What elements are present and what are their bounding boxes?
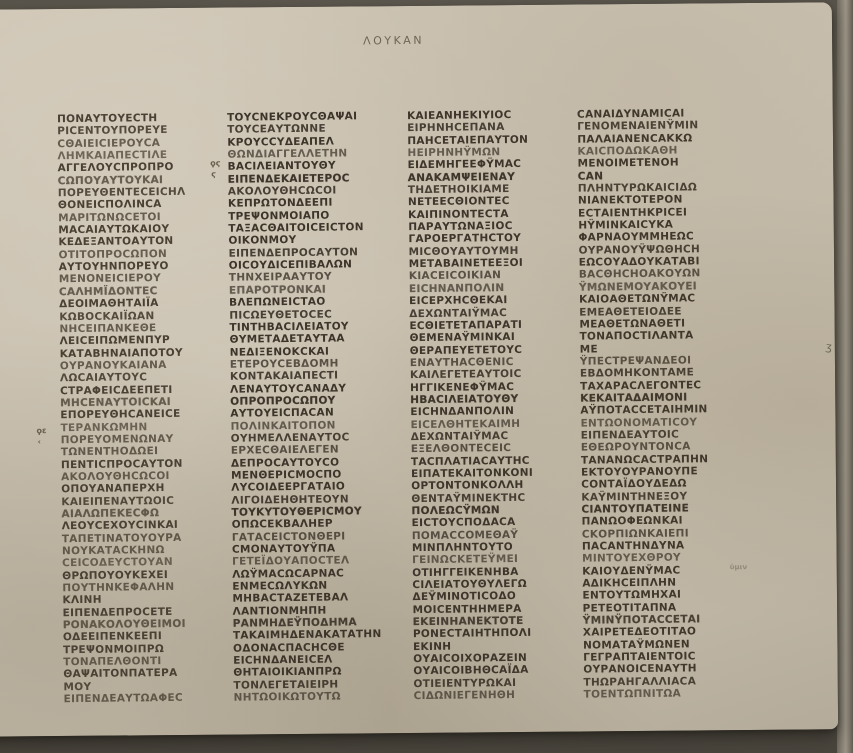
manuscript-text-line: ΜΙϹΘΟΥΑΥΤΟΥΜΗ xyxy=(409,244,559,258)
manuscript-text-line: ΡΟΝΑΚΟΛΟΥΘΕΙΜΟΙ xyxy=(63,618,213,632)
manuscript-text-line: ΓΑΤΑϹΕΙϹΤΟΝΘΕΡΙ xyxy=(232,530,382,544)
manuscript-text-line: ΓΕΙΝΩϹΚΕΤΕΫΜΕΙ xyxy=(412,553,562,567)
manuscript-text-line: ϹΕΙϹΟΔΕΥϹΤΟΥΑΝ xyxy=(62,556,212,570)
manuscript-text-line: ΕΙΠΕΝΔΕΠΡΟϹΑΥΤΟΝ xyxy=(229,246,379,260)
manuscript-text-line: ΑΚΟΛΟΥΘΗϹΩϹΟΙ xyxy=(228,184,378,198)
text-column-1: ΠΟΝΑΥΤΟΥΕϹΤΗΡΙϹΕΝΤΟΥΠΟΡΕΥΕϹΘΑΙΕΙϹΙΕΡΟΥϹΑ… xyxy=(57,112,214,706)
text-column-2: ΤΟΥϹΝΕΚΡΟΥϹΘΑΨΑΙΤΟΥϹΕΑΥΤΩΝΝΕΚΡΟΥϹϹΥΔΕΑΠΕ… xyxy=(227,110,384,704)
eusebian-section-number-left: ϙε xyxy=(36,426,46,435)
manuscript-text-line: ΟΥΡΑΝΟΥΫΨΩΘΗϹΗ xyxy=(578,243,728,257)
manuscript-text-line: ΕΘΕΩΡΟΥΝΤΟΝϹΑ xyxy=(581,440,731,454)
eusebian-canon-arrow: ‹ xyxy=(38,437,41,446)
manuscript-text-line: ΤΟΕΝΤΩΠΝΙΤΩΑ xyxy=(584,687,734,701)
manuscript-text-line: ΚΑΫΜΙΝΤΗΝΕΞΟΥ xyxy=(581,490,731,504)
manuscript-text-line: ΚΑΙϹΠΟΔΩΚΑΘΗ xyxy=(577,144,727,158)
manuscript-text-line: ΑΚΟΛΟΥΘΗϹΩϹΟΙ xyxy=(61,469,211,483)
manuscript-text-line: ΤΟΥϹΕΑΥΤΩΝΝΕ xyxy=(227,122,377,136)
manuscript-text-line: ΘΩΝΔΙΑΓΓΕΛΛΕΤΗΝ xyxy=(227,147,377,161)
manuscript-text-line: ΚΑΙΛΕΓΕΤΕΑΥΤΟΙϹ xyxy=(410,368,560,382)
manuscript-text-line: ΤΩΝΕΝΤΗΟΔΩΕΙ xyxy=(61,445,211,459)
manuscript-text-line: ΡΑΝΜΗΔΕΫΠΟΔΗΜΑ xyxy=(233,616,383,630)
manuscript-text-line: ΚΟΝΤΑΚΑΙΑΠΕϹΤΙ xyxy=(230,369,380,383)
manuscript-text-line: ΫΜΩΝΕΜΟΥΑΚΟΥΕΙ xyxy=(579,280,729,294)
text-column-4: ϹΑΝΑΙΔΥΝΑΜΙϹΑΙΓΕΝΟΜΕΝΑΙΕΝΫΜΙΝΠΑΛΑΙΑΝΕΝϹΑ… xyxy=(577,107,734,701)
manuscript-text-line: ΤΟΝΑΠΕΛΘΟΝΤΙ xyxy=(63,655,213,669)
manuscript-text-line: ΤΑΞΑϹΘΑΙΤΟΙϹΕΙϹΤΟΝ xyxy=(228,221,378,235)
manuscript-text-line: ΕΞΕΛΘΟΝΤΕϹΕΙϹ xyxy=(411,442,561,456)
text-column-3: ΚΑΙΕΑΝΗΕΚΙΥΙΟϹΕΙΡΗΝΗϹΕΠΑΝΑΠΑΗϹΕΤΑΙΕΠΑΥΤΟ… xyxy=(407,108,564,702)
manuscript-text-line: ΟΤΙΤΟΠΡΟϹΩΠΟΝ xyxy=(59,247,209,261)
manuscript-text-line: ΕΡΧΕϹΘΑΙΕΛΕΓΕΝ xyxy=(231,443,381,457)
manuscript-text-line: ϹΚΟΡΠΙΩΝΚΑΙΕΠΙ xyxy=(582,527,732,541)
manuscript-text-line: ΝΗΤΩΟΙΚΩΤΟΥΤΩ xyxy=(234,690,384,704)
manuscript-text-line: ΛΩϹΑΙΑΥΤΟΥϹ xyxy=(60,371,210,385)
manuscript-text-line: ΓΕΝΟΜΕΝΑΙΕΝΫΜΙΝ xyxy=(577,119,727,133)
manuscript-text-line: ϹΙΔΩΝΙΕΓΕΝΗΘΗ xyxy=(414,689,564,703)
manuscript-text-line: ΝΗϹΕΙΠΑΝΚΕΘΕ xyxy=(59,321,209,335)
manuscript-text-line: ΜΑΡΙΤΩΝΩϹΕΤΟΙ xyxy=(58,210,208,224)
manuscript-text-line: ΕΙΡΗΝΗϹΕΠΑΝΑ xyxy=(407,121,557,135)
manuscript-text-line: ΕΠΑΡΟΤΡΟΝΚΑΙ xyxy=(229,283,379,297)
corrector-note: ϋμιν xyxy=(730,563,747,571)
parchment-page: ΛΟΥΚΑΝ ΠΟΝΑΥΤΟΥΕϹΤΗΡΙϹΕΝΤΟΥΠΟΡΕΥΕϹΘΑΙΕΙϹ… xyxy=(0,2,838,736)
manuscript-photo: ΛΟΥΚΑΝ ΠΟΝΑΥΤΟΥΕϹΤΗΡΙϹΕΝΤΟΥΠΟΡΕΥΕϹΘΑΙΕΙϹ… xyxy=(0,0,853,753)
manuscript-text-line: ΕΒΔΟΜΗΚΟΝΤΑΜΕ xyxy=(580,366,730,380)
manuscript-text-line: ΑΙΑΛΩΠΕΚΕϹΦΩ xyxy=(61,507,211,521)
manuscript-text-line: ΕΚΕΙΝΗΑΝΕΚΤΟΤΕ xyxy=(413,615,563,629)
manuscript-text-line: ΠΟΥΤΗΝΚΕΦΑΛΗΝ xyxy=(62,581,212,595)
manuscript-text-line: ΫΜΙΝΫΠΟΤΑϹϹΕΤΑΙ xyxy=(583,613,733,627)
manuscript-text-line: ΕΜΕΑΘΕΤΕΙΟΔΕΕ xyxy=(579,304,729,318)
manuscript-text-line: ΤΑΚΑΙΜΗΔΕΝΑΚΑΤΑΤΗΝ xyxy=(233,628,383,642)
manuscript-text-line: ΘΕΝΤΑΫΜΙΝΕΚΤΗϹ xyxy=(411,491,561,505)
manuscript-text-line: ΕΙΠΕΝΔΕΑΥΤΩΑΦΕϹ xyxy=(64,692,214,706)
manuscript-text-line: ΗΕΙΡΗΝΗΫΜΩΝ xyxy=(407,146,557,160)
manuscript-text-line: ΤΟΥΚΥΤΟΥΘΕΡΙϹΜΟΥ xyxy=(231,505,381,519)
stacked-page-edge xyxy=(837,0,853,753)
running-title: ΛΟΥΚΑΝ xyxy=(363,34,424,48)
manuscript-text-line: ΤΗΔΕΤΗΟΙΚΙΑΜΕ xyxy=(408,183,558,197)
manuscript-text-line: ΠΟΡΕΥΘΕΝΤΕϹΕΙϹΗΛ xyxy=(58,186,208,200)
eusebian-canon-number: ϛ xyxy=(211,170,216,179)
eusebian-section-number: ϙϛ xyxy=(210,159,220,168)
fore-edge-quire-mark: ʒ xyxy=(825,340,833,354)
manuscript-text-line: ΕΙϹΗΝΑΝΠΟΛΙΝ xyxy=(409,281,559,295)
manuscript-text-line: ΔΕΧΩΝΤΑΙΫΜΑϹ xyxy=(409,306,559,320)
manuscript-text-line: ΛΗΜΚΑΙΑΠΕϹΤΙΛΕ xyxy=(57,149,207,163)
manuscript-text-line: ΓΕΤΕΪΔΟΥΑΠΟϹΤΕΛ xyxy=(232,554,382,568)
manuscript-text-line: ΠΛΗΝΤΥΡΩΚΑΙϹΙΔΩ xyxy=(578,181,728,195)
manuscript-text-line: ϹΑΛΗΜΪΔΟΝΤΕϹ xyxy=(59,284,209,298)
manuscript-text-line: ΛΙΓΟΙΔΕΗΘΗΤΕΟΥΝ xyxy=(231,493,381,507)
manuscript-text-line: ΠΟΜΑϹϹΟΜΕΘΑΫ xyxy=(412,528,562,542)
manuscript-text-line: ΜΗϹΕΝΑΥΤΟΙϹΚΑΙ xyxy=(60,395,210,409)
manuscript-text-line: ΜΙΝΤΟΥΕΧΘΡΟΥ xyxy=(582,551,732,565)
manuscript-text-line: ΠΙϹΩΕΥΘΕΤΟϹΕϹ xyxy=(229,308,379,322)
